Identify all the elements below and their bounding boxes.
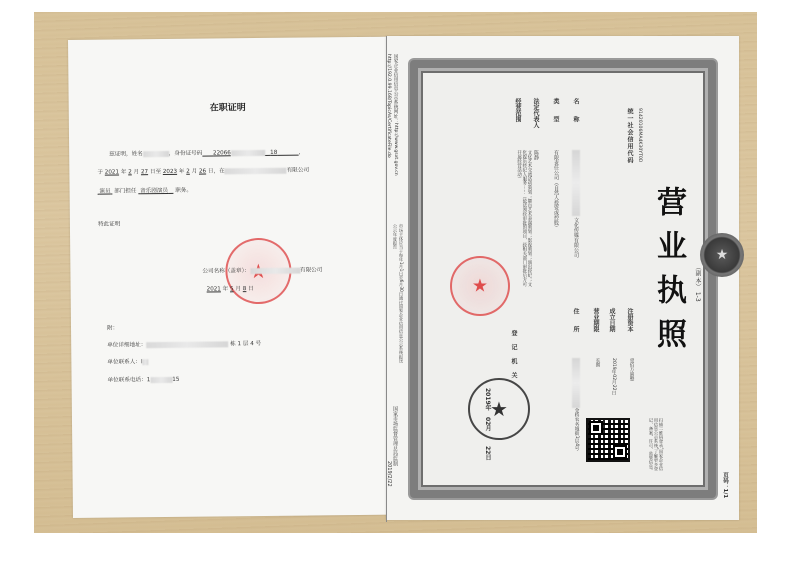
employment-certificate: 在职证明 兹证明，姓名，身份证号码 22066 18 ， 于 2021 年 2 … <box>68 37 391 518</box>
phone-line: 单位联系电话：115 <box>108 375 180 384</box>
field-address-label: 住 所 <box>571 308 580 332</box>
field-scope-label: 经营范围 <box>513 98 522 122</box>
sign-date: 2021 年 5 月 8 日 <box>207 284 254 292</box>
closing-text: 特此证明 <box>98 219 120 227</box>
company-seal-on-license: ★ <box>450 256 510 316</box>
field-type-label: 类 型 <box>551 98 560 122</box>
registration-authority-label: 登记机关 <box>509 330 518 386</box>
company-name-line: 公司名称（盖章）：有限公司 <box>202 265 322 274</box>
redacted-id <box>231 149 265 155</box>
qr-caption: 扫描二维码登录“国家企业信用信息公示系统”了解更多登记、备案、许可、监管信息。 <box>649 418 664 474</box>
field-legal-rep-value: 陈静 <box>533 150 540 160</box>
field-term-value: 长期 <box>594 358 600 367</box>
field-capital-value: 壹佰万圆整 <box>628 358 634 381</box>
authority-seal: ★ <box>468 378 530 440</box>
field-term-label: 营业期限 <box>591 308 600 332</box>
star-icon: ★ <box>490 397 508 421</box>
copy-label: （副 本） 1-3 <box>693 264 702 302</box>
national-emblem: ★ <box>700 233 744 277</box>
credit-code-label: 统一社会信用代码 <box>625 108 634 164</box>
redacted-address <box>146 341 228 348</box>
license-border: 统一社会信用代码 91420106MA4K30YT0D 营业执照 （副 本） 1… <box>410 60 716 498</box>
field-address-value: 金桥农务城街1层4号 <box>572 358 580 451</box>
page-number: 页码：1/1 <box>721 472 729 498</box>
field-capital-label: 注册资本 <box>625 308 634 332</box>
license-title: 营业执照 <box>646 186 690 362</box>
credit-code: 91420106MA4K30YT0D <box>637 108 642 162</box>
certificate-line-1: 兹证明，姓名，身份证号码 22066 18 ， <box>109 148 304 158</box>
field-established-value: 2019年02月22日 <box>610 358 616 395</box>
appendix-label: 附： <box>107 323 118 331</box>
certificate-line-3: 演员 部门担任 音乐剧演员 职务。 <box>98 186 192 195</box>
redacted-company-name <box>250 267 300 274</box>
field-type-value: 有限责任公司（自然人投资或控股） <box>553 150 560 230</box>
address-line: 单位详细地址： 栋 1 层 4 号 <box>107 339 261 349</box>
field-established-label: 成立日期 <box>607 308 616 332</box>
page-fold-line <box>386 36 387 522</box>
footer-website: 国家企业信用信息公示系统网址：http://www.gsxt.gov.cn <box>392 54 398 176</box>
business-license: 国家企业信用信息公示系统网址：http://www.gsxt.gov.cn ht… <box>386 36 739 520</box>
field-legal-rep-label: 法定代表人 <box>531 98 540 128</box>
field-name-value: 文化传媒有限公司 <box>572 150 580 258</box>
redacted-company <box>225 167 287 174</box>
certificate-title: 在职证明 <box>69 99 387 115</box>
contact-line: 单位联系人：I <box>107 357 148 365</box>
redacted-address <box>572 358 580 408</box>
star-icon: ★ <box>716 247 729 263</box>
redacted-phone <box>150 376 172 382</box>
redacted-name <box>143 150 169 156</box>
field-name-label: 名 称 <box>571 98 580 122</box>
footer-authority: 国家市场监督管理总局监制 <box>392 406 399 466</box>
redacted-company-name <box>572 150 580 216</box>
qr-code[interactable] <box>586 418 630 462</box>
field-scope-value: 文化艺术交流活动策划；舞台艺术表演策划；影视策划；演出经纪；文化娱乐经纪人服务…… <box>516 150 532 290</box>
footer-annual-report: 市场主体应当于每年1月1日至6月30日通过国家企业信用信息公示系统报送公示年度报… <box>392 224 404 364</box>
star-icon: ★ <box>472 276 488 297</box>
certificate-line-2: 于 2021 年 2 月 27 日至 2023 年 2 月 26 日，在有限公司 <box>97 165 309 175</box>
redacted-contact <box>143 359 149 365</box>
